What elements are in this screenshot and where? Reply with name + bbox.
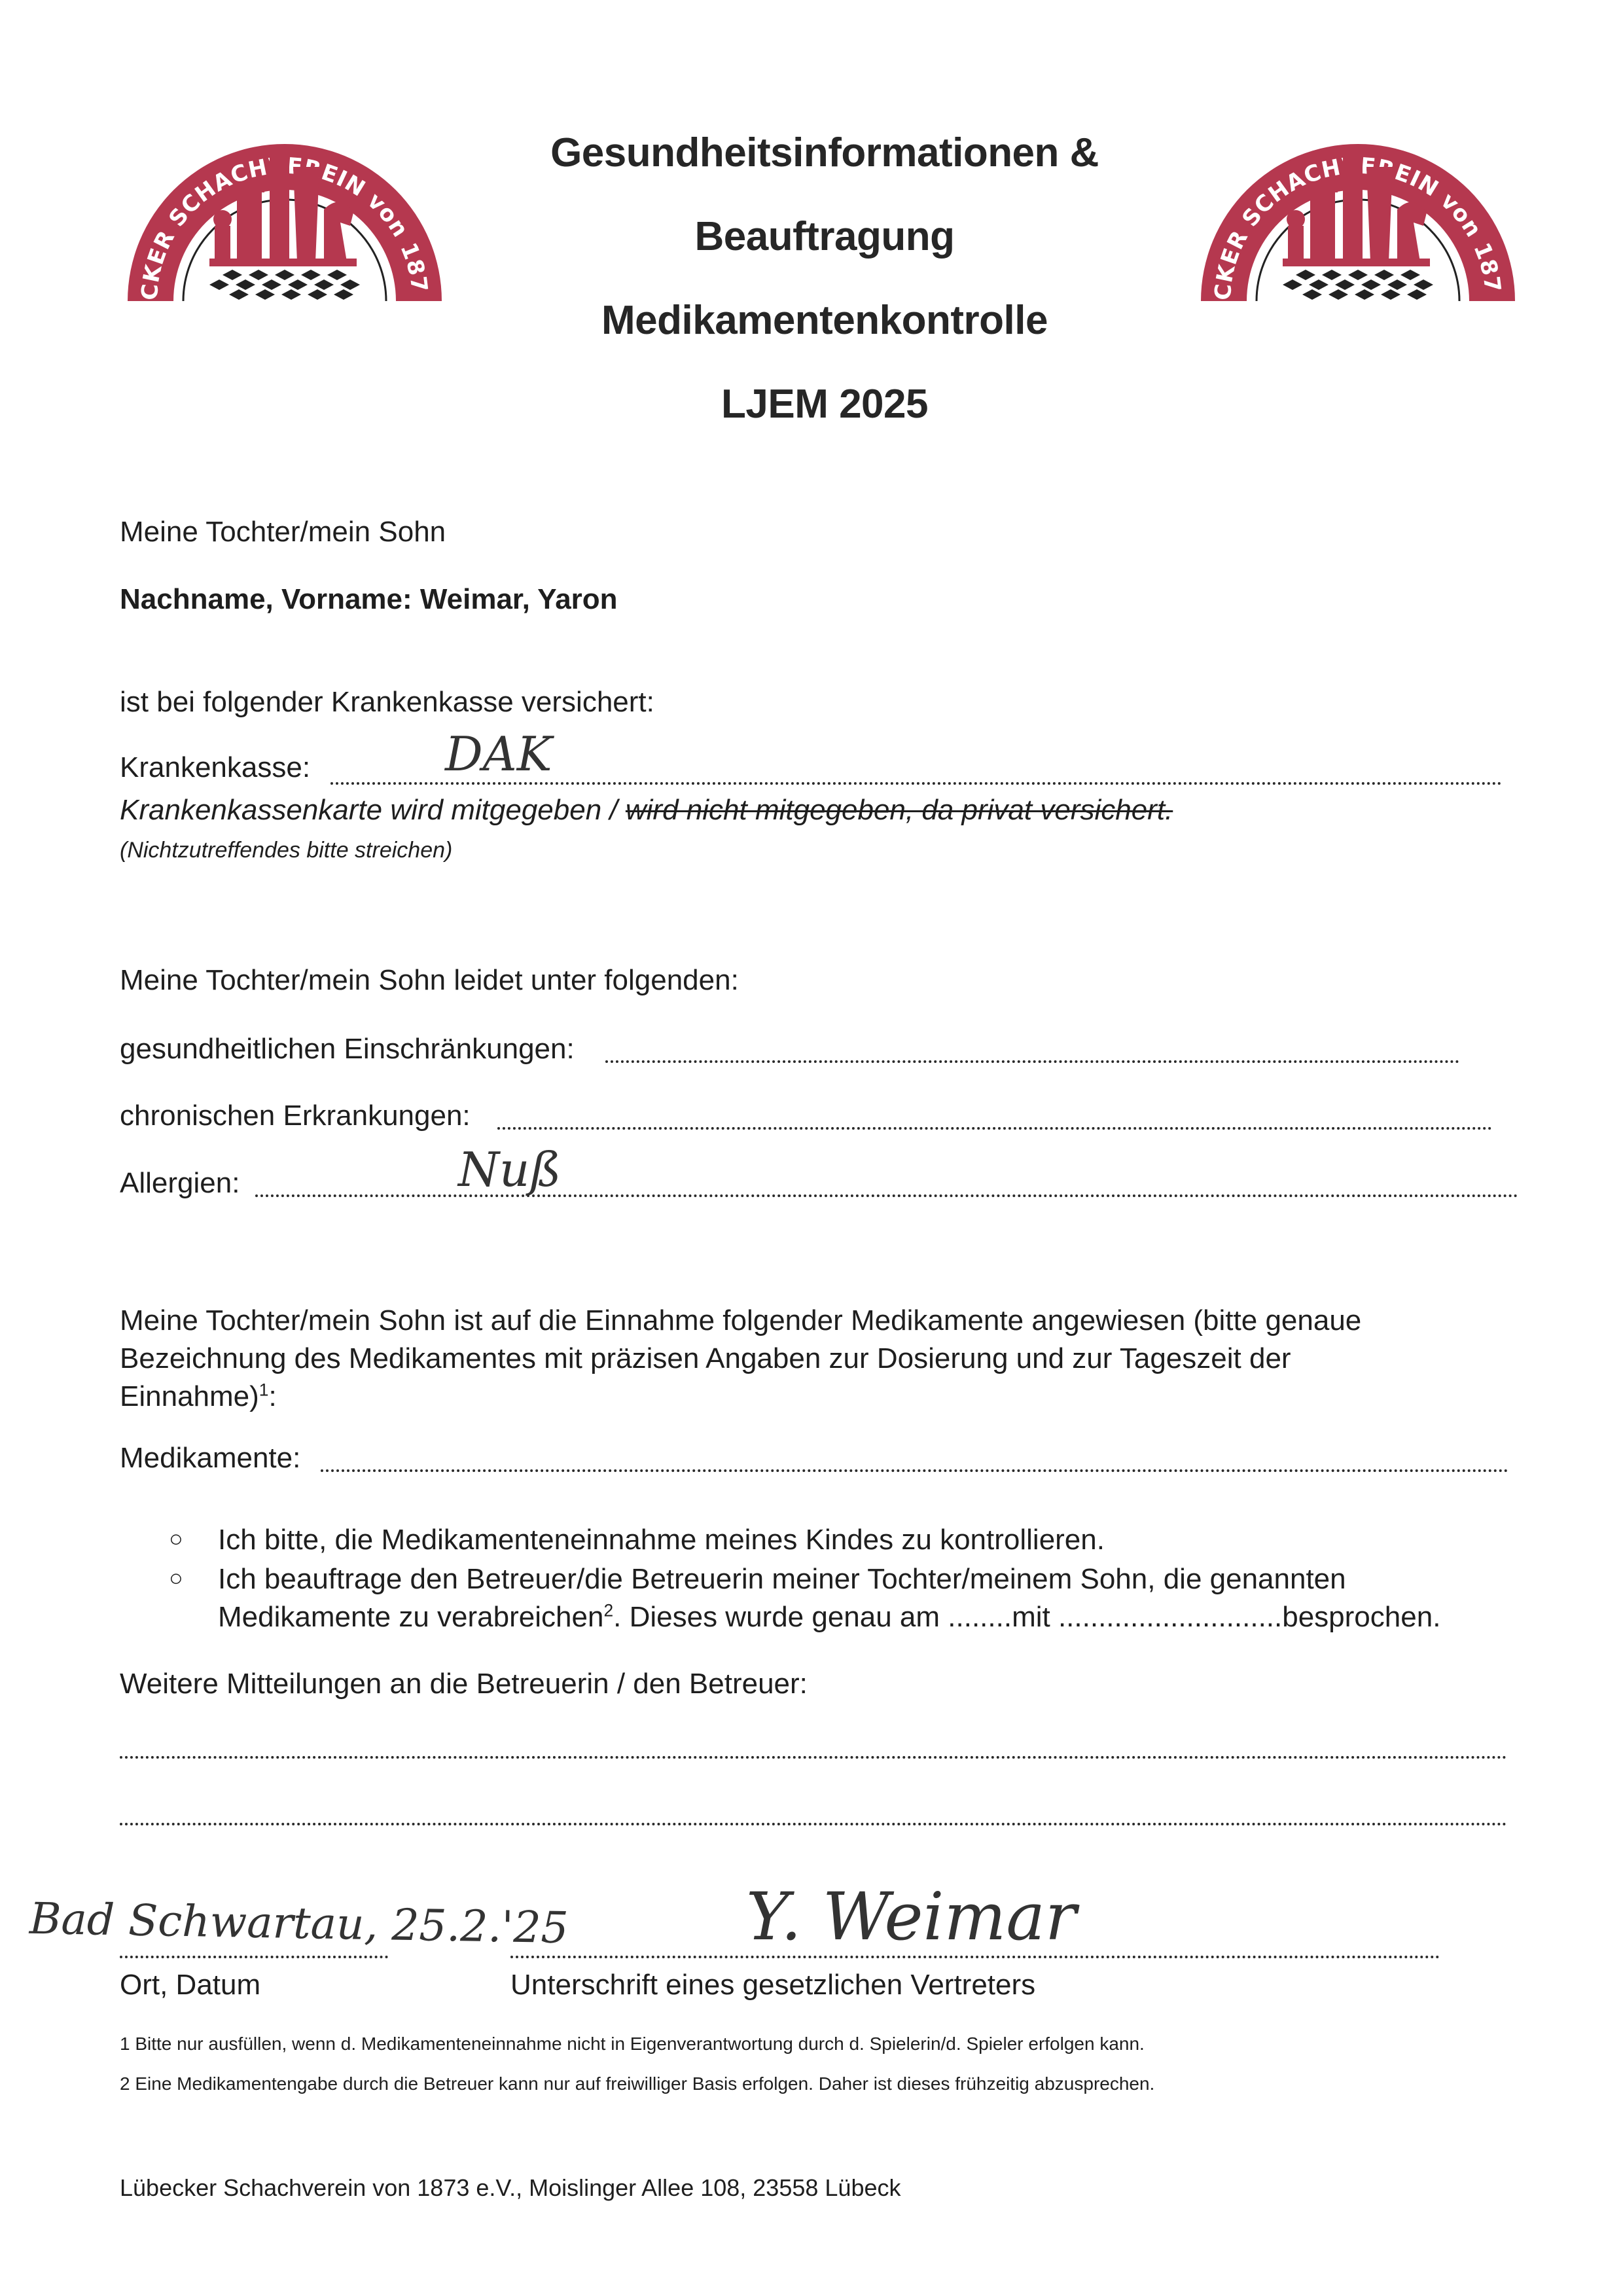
- footnote-ref-2: 2: [603, 1600, 613, 1620]
- insurance-value[interactable]: DAK: [445, 726, 552, 781]
- chronic-label: chronischen Erkrankungen:: [120, 1098, 471, 1134]
- medication-intro-2: Bezeichnung des Medikamentes mit präzise…: [120, 1340, 1291, 1376]
- child-name-value[interactable]: Weimar, Yaron: [420, 583, 618, 615]
- insurance-label: Krankenkasse:: [120, 749, 310, 785]
- signature-field[interactable]: [510, 1956, 1440, 1958]
- option-1-text: Ich bitte, die Medikamenteneinnahme mein…: [218, 1522, 1105, 1558]
- club-address: Lübecker Schachverein von 1873 e.V., Moi…: [120, 2174, 901, 2202]
- medication-intro-3: Einnahme)1:: [120, 1378, 277, 1414]
- option-2-radio[interactable]: ○: [169, 1564, 183, 1592]
- option-2-text-2: Medikamente zu verabreichen2. Dieses wur…: [218, 1599, 1440, 1635]
- insurance-card-option: Krankenkassenkarte wird mitgegeben / wir…: [120, 792, 1173, 828]
- insurance-intro: ist bei folgender Krankenkasse versicher…: [120, 684, 654, 720]
- footnote-2: 2 Eine Medikamentengabe durch die Betreu…: [120, 2073, 1154, 2094]
- title-line-3: Medikamentenkontrolle: [497, 279, 1152, 363]
- restrictions-field[interactable]: [605, 1060, 1459, 1063]
- place-date-field[interactable]: [120, 1956, 388, 1958]
- chessboard-icon: [1283, 270, 1433, 300]
- place-date-value[interactable]: Bad Schwartau, 25.2.'25: [29, 1893, 569, 1953]
- child-intro: Meine Tochter/mein Sohn: [120, 514, 446, 550]
- card-option-struck[interactable]: wird nicht mitgegeben, da privat versich…: [626, 794, 1173, 826]
- place-date-label: Ort, Datum: [120, 1967, 260, 2003]
- title-line-1: Gesundheitsinformationen &: [497, 111, 1152, 195]
- health-intro: Meine Tochter/mein Sohn leidet unter fol…: [120, 962, 739, 998]
- chronic-field[interactable]: [497, 1127, 1492, 1130]
- club-logo-right: LÜBECKER SCHACHVEREIN von 1873 e.V.: [1198, 85, 1518, 308]
- footnote-ref-1: 1: [259, 1380, 269, 1399]
- notes-field-1[interactable]: [120, 1756, 1507, 1759]
- allergies-value[interactable]: Nuß: [458, 1142, 561, 1197]
- notes-field-2[interactable]: [120, 1823, 1507, 1825]
- child-name-row: Nachname, Vorname: Weimar, Yaron: [120, 581, 618, 617]
- card-option-kept[interactable]: Krankenkassenkarte wird mitgegeben /: [120, 794, 618, 826]
- club-logo-left: LÜBECKER SCHACHVEREIN von 1873 e.V.: [124, 85, 445, 308]
- allergies-field[interactable]: [255, 1194, 1518, 1197]
- insurance-note: (Nichtzutreffendes bitte streichen): [120, 836, 452, 865]
- document-title: Gesundheitsinformationen & Beauftragung …: [497, 111, 1152, 446]
- child-name-label: Nachname, Vorname:: [120, 583, 412, 615]
- chessboard-icon: [209, 270, 360, 300]
- signature-label: Unterschrift eines gesetzlichen Vertrete…: [510, 1967, 1035, 2003]
- signature-value[interactable]: Y. Weimar: [746, 1878, 1077, 1955]
- title-line-4: LJEM 2025: [497, 363, 1152, 446]
- insurance-field[interactable]: [330, 782, 1502, 785]
- notes-label: Weitere Mitteilungen an die Betreuerin /…: [120, 1666, 808, 1702]
- option-1-radio[interactable]: ○: [169, 1525, 183, 1552]
- option-2-text-1: Ich beauftrage den Betreuer/die Betreuer…: [218, 1561, 1346, 1597]
- footnote-1: 1 Bitte nur ausfüllen, wenn d. Medikamen…: [120, 2034, 1145, 2054]
- medication-field[interactable]: [321, 1469, 1508, 1472]
- medication-intro-1: Meine Tochter/mein Sohn ist auf die Einn…: [120, 1302, 1361, 1338]
- title-line-2: Beauftragung: [497, 195, 1152, 279]
- allergies-label: Allergien:: [120, 1165, 240, 1201]
- restrictions-label: gesundheitlichen Einschränkungen:: [120, 1031, 575, 1067]
- medication-label: Medikamente:: [120, 1440, 300, 1476]
